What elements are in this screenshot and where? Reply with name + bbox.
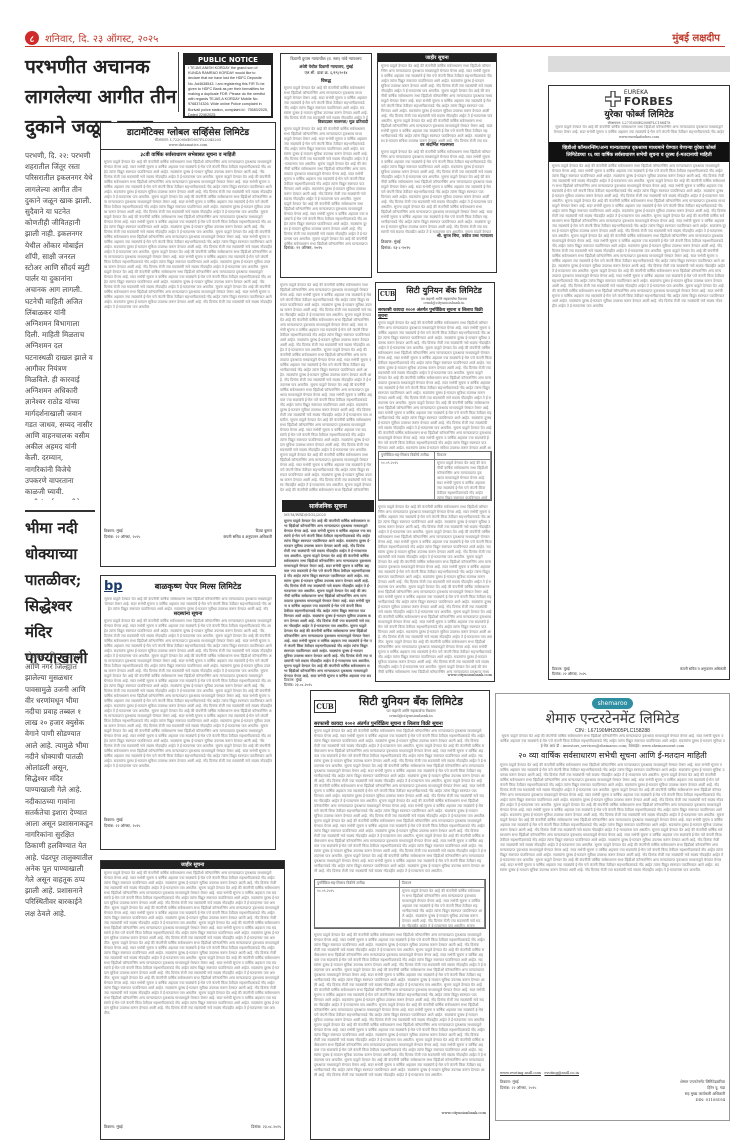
public-notice-body: I TEJAS ANISH KORDAY the grand son of KU… <box>185 65 271 118</box>
cub-auction-venue: सूचना याद्वारे देण्यात येत आहे की कंपनीच… <box>400 888 485 927</box>
shemaroo-address: सूचना याद्वारे देण्यात येत आहे की कंपनीच… <box>496 734 729 744</box>
story2-body: सोलापूर, दि. २२: पुणे आणि नगर जिल्ह्यात … <box>25 650 93 1140</box>
story-divider <box>25 510 95 512</box>
public-notice-box: PUBLIC NOTICE I TEJAS ANISH KORDAY the g… <box>183 53 273 118</box>
shemaroo-logo: shemaroo <box>592 698 634 709</box>
eureka-banner: व्हिडीओ कॉन्फरन्सिंग/अन्य मान्यताप्राप्त… <box>549 142 729 162</box>
datamatics-notice-box: डाटामॅटिक्स ग्लोबल सर्व्हिसेस लिमिटेड सी… <box>100 122 276 567</box>
datamatics-designation: कंपनी सचिव व अनुपालन अधिकारी <box>223 534 272 540</box>
cub-email-bottom[interactable]: crmd@cityunionbank.in <box>336 714 486 718</box>
shemaroo-evoting-email[interactable]: evoting@nsdl.co.in <box>544 1071 579 1075</box>
cub-auction-venue: सूचना याद्वारे देण्यात येत आहे की कंपनीच… <box>435 460 491 499</box>
cub-logo-top: CUB <box>378 289 396 301</box>
datamatics-body: सूचना याद्वारे देण्यात येत आहे की कंपनीच… <box>101 158 275 528</box>
shemaroo-title: शेमारु एन्टरटेनमेंट लिमिटेड <box>496 709 729 728</box>
cub-notice-top: CUB सिटी युनियन बँक लिमिटेड पत कहाणी आणि… <box>375 282 495 682</box>
shemaroo-body: सूचना याद्वारे देण्यात येत आहे की कंपनीच… <box>496 761 729 1071</box>
court-notice-box: दिवाणी दुय्यम न्यायाधीश (व. स्तर) यांचे … <box>280 53 372 278</box>
eureka-title: युरेका फोर्ब्ज लिमिटेड <box>549 107 729 120</box>
shemaroo-evoting-link[interactable]: www.evoting.nsdl.com <box>500 1071 541 1075</box>
cub-website-bottom[interactable]: www.cityunionbank.com <box>311 1111 489 1115</box>
eureka-body: सूचना याद्वारे देण्यात येत आहे की कंपनीच… <box>549 162 729 667</box>
page-header: ८ शनिवार, दि. २३ ऑगस्ट, २०२५ <box>25 28 350 48</box>
ad-placeholder-bar <box>548 56 730 72</box>
cub-table-top: पुनर्विक्रिय-सह-लिलाव विक्रीचे तारीख ठिक… <box>378 451 492 501</box>
column-divider <box>178 52 179 112</box>
page-number-badge: ८ <box>25 31 39 45</box>
eureka-logo: EUREKA FORBES <box>549 86 729 107</box>
cub-body-bottom: सूचना याद्वारे देण्यात येत आहे की कंपनीच… <box>311 727 489 877</box>
court-body: सूचना याद्वारे देण्यात येत आहे की कंपनीच… <box>281 125 371 245</box>
eureka-date: दिनांक: २२ ऑगस्ट, २०२५ <box>549 672 729 677</box>
story1-body: परभणी, दि. २२: परभणी शहरातील जिंतूर रस्त… <box>25 150 93 500</box>
balkrishna-title: बाळकृष्ण पेपर मिल्स लिमिटेड <box>124 581 272 592</box>
cub-subtitle-top: सरफासी कायदा २००२ अंतर्गत पुनर्विक्रिय स… <box>376 307 494 319</box>
shemaroo-contact: ई-मेल आय डी : investors_services@shemaro… <box>496 744 729 749</box>
cub-logo-bottom: CUB <box>314 700 336 713</box>
court-heading: दिवाणी दुय्यम न्यायाधीश (व. स्तर) यांचे … <box>281 54 371 64</box>
court-notice-continued: सूचना याद्वारे देण्यात येत आहे की कंपनीच… <box>280 283 372 498</box>
court-suit: एल.सी. दावा क्र. ६/१९/२०१४ <box>281 70 371 76</box>
cub-table-head-1: पुनर्विक्रिय-सह-लिलाव विक्रीचे तारीख <box>379 452 435 459</box>
sarvajanik-suchna-date: दिनांक: २३.०८.२०२५ <box>282 683 374 688</box>
balkrishna-logo: bp <box>104 579 124 594</box>
court-date: दिनांक: २२ ऑगस्ट, २०२५ <box>281 245 371 251</box>
issue-date: शनिवार, दि. २३ ऑगस्ट, २०२५ <box>45 31 158 45</box>
eureka-cross-icon <box>605 91 621 107</box>
cub-notice-bottom: CUB सिटी युनियन बँक लिमिटेड पत कहाणी आणि… <box>310 690 490 1140</box>
balkrishna-address: सूचना याद्वारे देण्यात येत आहे की कंपनीच… <box>101 597 275 611</box>
cub-auction-date: १०.०९.२०२५ <box>379 460 435 499</box>
cub-title-top: सिटी युनियन बँक लिमिटेड <box>396 285 492 296</box>
public-notice-title: PUBLIC NOTICE <box>185 55 271 65</box>
shemaroo-notice: shemaroo शेमारु एन्टरटेनमेंट लिमिटेड CIN… <box>495 693 730 1121</box>
eureka-address: सूचना याद्वारे देण्यात येत आहे की कंपनीच… <box>549 125 729 135</box>
datamatics-title: डाटामॅटिक्स ग्लोबल सर्व्हिसेस लिमिटेड <box>101 123 275 138</box>
datamatics-date: दिनांक: २२ ऑगस्ट, २०२५ <box>104 534 140 540</box>
newspaper-name: मुंबई लक्षदीप <box>672 30 720 44</box>
jahir-suchna-left-date: दिनांक: २३.०८.२०२५ <box>251 1124 281 1130</box>
cub-terms-bottom: सूचना याद्वारे देण्यात येत आहे की कंपनीच… <box>311 931 489 1111</box>
cub-title-bottom: सिटी युनियन बँक लिमिटेड <box>336 694 486 709</box>
sarvajanik-suchna-box: सार्वजनिक सूचना MUM/WRD/IGOL/2025 सूचना … <box>282 500 374 700</box>
jahir-suchna-top-body: सूचना याद्वारे देण्यात येत आहे की कंपनीच… <box>378 62 496 142</box>
cub-table-head-2: ठिकाण <box>435 452 491 459</box>
jahir-suchna-top-box: जाहीर सूचना सूचना याद्वारे देण्यात येत आ… <box>377 53 497 273</box>
cub-terms-top: सूचना याद्वारे देण्यात येत आहे की कंपनीच… <box>376 503 494 673</box>
jahir-suchna-left-box: जाहीर सूचना सूचना याद्वारे देण्यात येत आ… <box>100 860 285 1140</box>
balkrishna-notice-box: bp बाळकृष्ण पेपर मिल्स लिमिटेड सूचना याद… <box>100 575 276 850</box>
cub-website-top[interactable]: www.cityunionbank.com <box>376 673 494 677</box>
cub-table-head-2: ठिकाण <box>400 880 485 887</box>
jahir-suchna-top-date: दिनांक: २३-८-२०२५ <box>378 245 496 251</box>
court-parties: सूचना याद्वारे देण्यात येत आहे की कंपनीच… <box>281 84 371 119</box>
jahir-suchna-top-title: जाहीर सूचना <box>378 54 496 62</box>
jahir-suchna-left-title: जाहीर सूचना <box>101 861 284 869</box>
jahir-suchna-left-place: ठिकाण: मुंबई <box>104 1124 123 1130</box>
eureka-brand-bottom: FORBES <box>624 96 673 107</box>
eureka-forbes-notice: EUREKA FORBES युरेका फोर्ब्ज लिमिटेड सीआ… <box>548 85 730 680</box>
jahir-suchna-top-property: सूचना याद्वारे देण्यात येत आहे की कंपनीच… <box>378 148 496 233</box>
balkrishna-body: सूचना याद्वारे देण्यात येत आहे की कंपनीच… <box>101 617 275 817</box>
shemaroo-din: DIN: 01108194 <box>680 1097 725 1102</box>
shemaroo-subtitle: २० व्या वार्षिक सर्वसाधारण सभेची सूचना आ… <box>496 750 729 761</box>
court-continued-body: सूचना याद्वारे देण्यात येत आहे की कंपनीच… <box>280 283 372 493</box>
sarvajanik-suchna-body: सूचना याद्वारे देण्यात येत आहे की कंपनीच… <box>282 518 374 678</box>
cub-table-head-1: पुनर्विक्रिय-सह-लिलाव विक्रीचे तारीख <box>315 880 400 887</box>
jahir-suchna-left-body: सूचना याद्वारे देण्यात येत आहे की कंपनीच… <box>101 869 284 1124</box>
story2-headline: भीमा नदी धोक्याच्या पातळीवर; सिद्धेश्वर … <box>25 515 95 671</box>
balkrishna-date: दिनांक: २२ ऑगस्ट, २०२५ <box>101 823 275 829</box>
header-rule <box>25 46 725 47</box>
eureka-website[interactable]: www.eurekaforbes.com <box>549 135 729 139</box>
shemaroo-website[interactable]: वेबसाईट: www.shemarooent.com <box>628 744 684 748</box>
sarvajanik-suchna-title: सार्वजनिक सूचना <box>282 500 374 512</box>
shemaroo-date: दिनांक: २२ ऑगस्ट, २०२५ <box>500 1085 536 1091</box>
cub-auction-date: १०.०९.२०२५ <box>315 888 400 927</box>
eureka-signatory-role: कंपनी सचिव व अनुपालन अधिकारी <box>680 667 726 672</box>
shemaroo-email[interactable]: ई-मेल आय डी : investors_services@shemaro… <box>541 744 626 748</box>
cub-body-top: सूचना याद्वारे देण्यात येत आहे की कंपनीच… <box>376 319 494 449</box>
cub-email-top[interactable]: crmd@cityunionbank.in <box>396 301 492 305</box>
cub-table-bottom: पुनर्विक्रिय-सह-लिलाव विक्रीचे तारीख ठिक… <box>314 879 486 929</box>
datamatics-website[interactable]: www.datamatics.com <box>101 143 275 147</box>
